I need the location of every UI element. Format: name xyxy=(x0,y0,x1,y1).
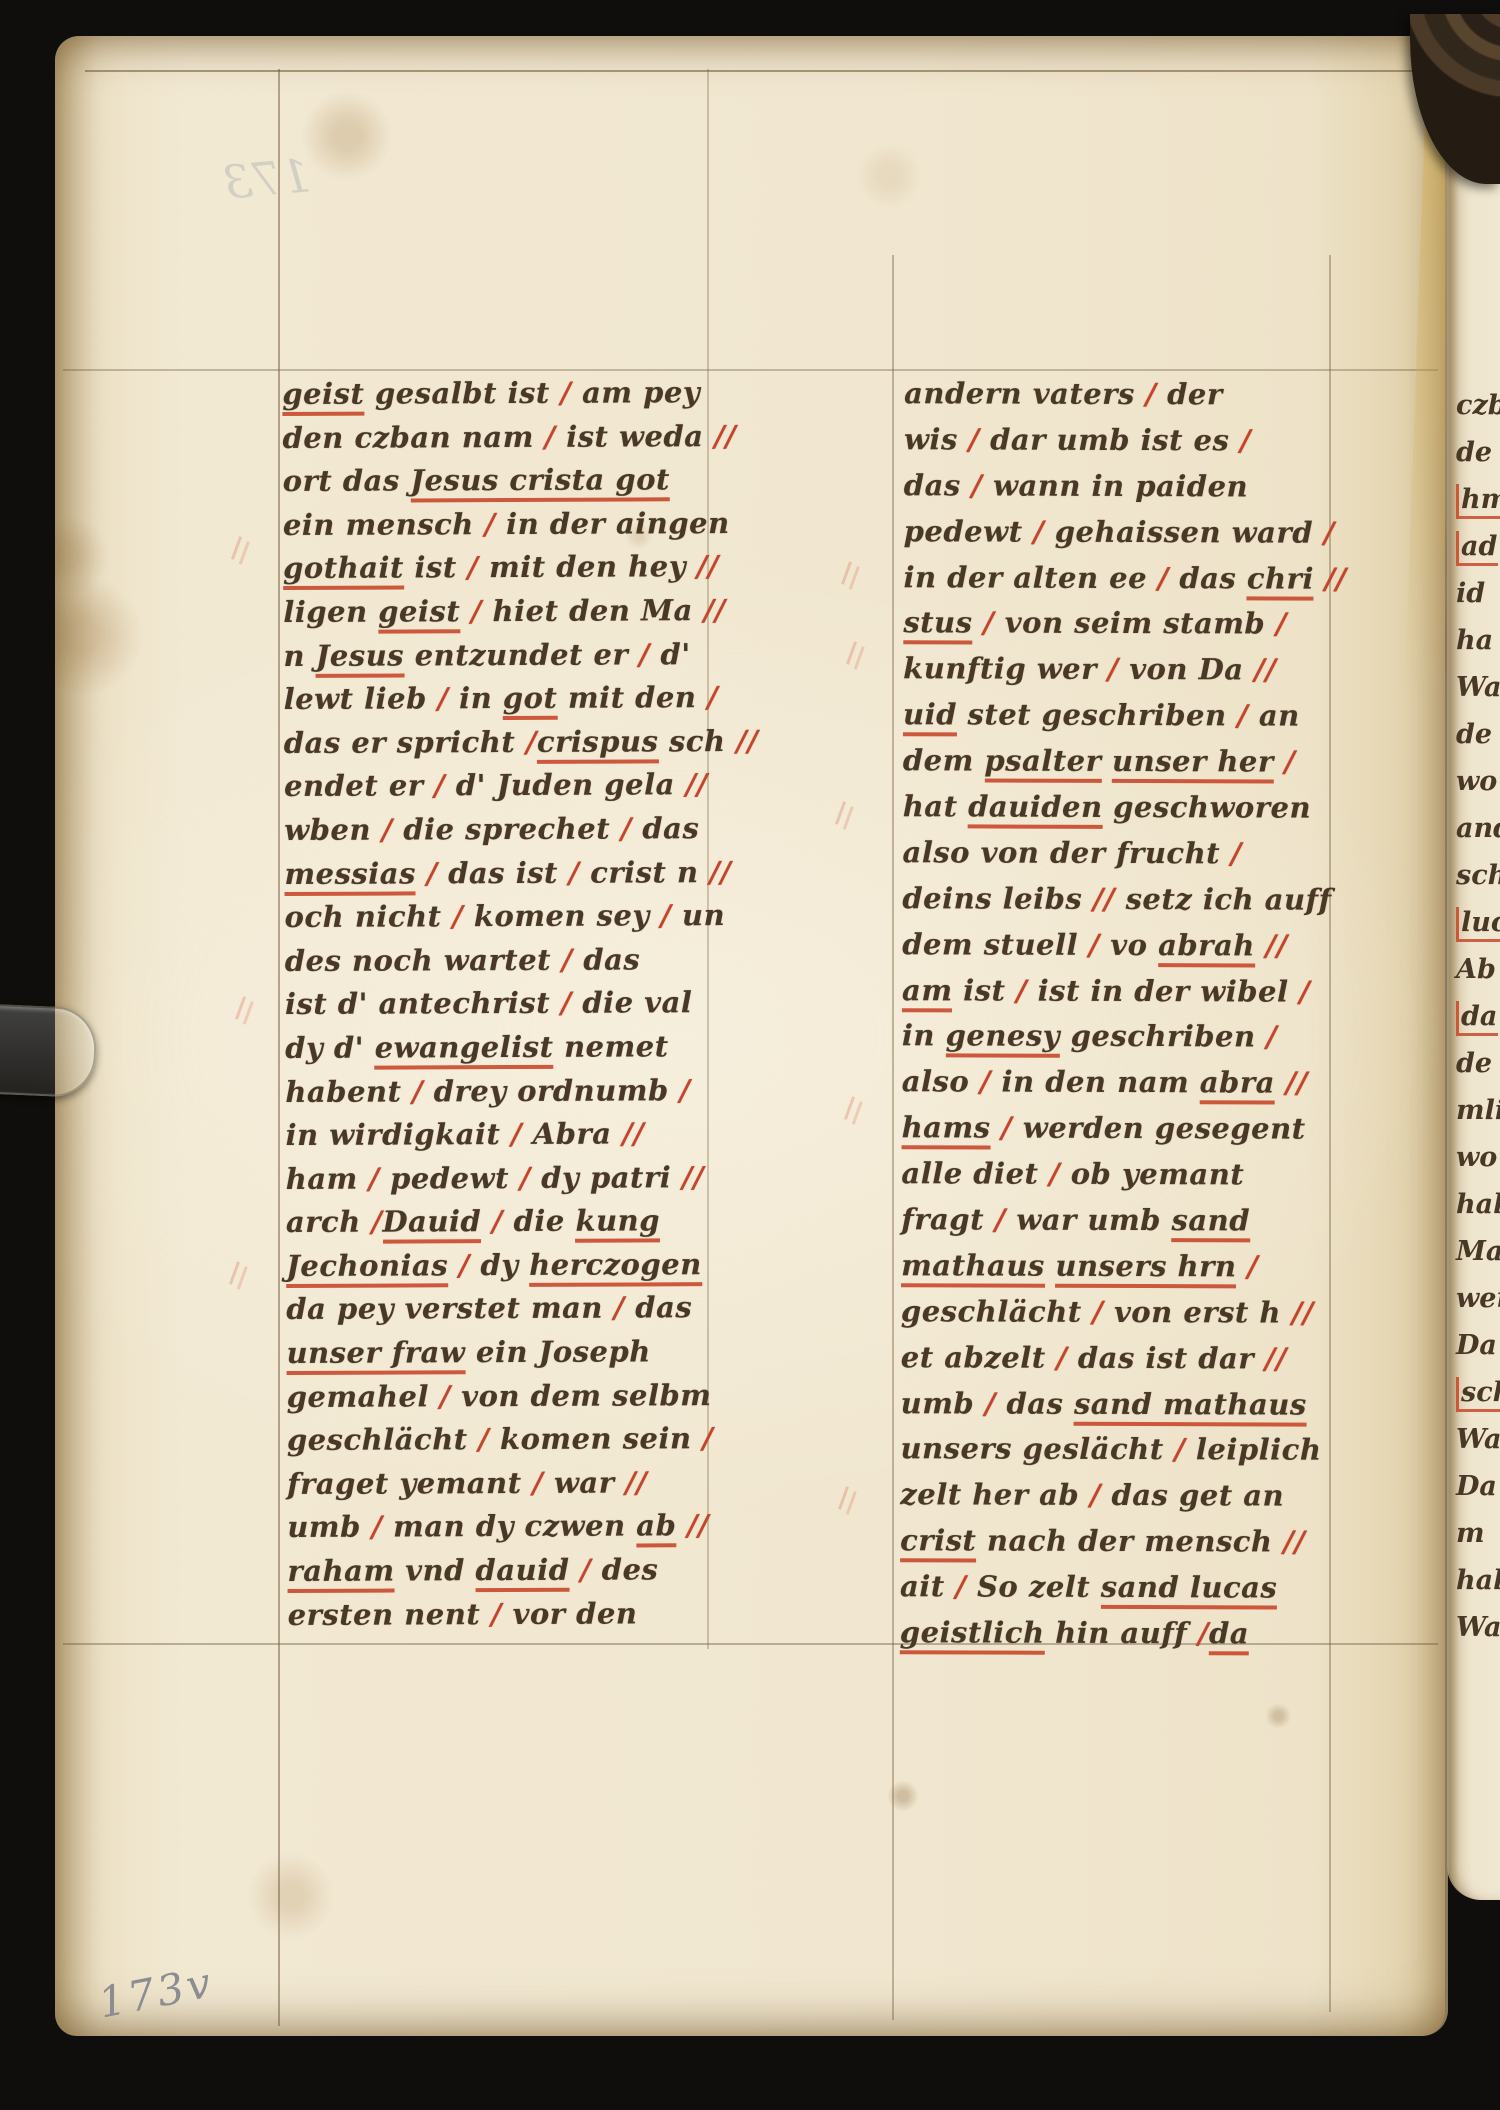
manuscript-line: hams / werden gesegent xyxy=(902,1105,1357,1152)
rubricated-text-segment: Dauid xyxy=(382,1204,481,1243)
text-segment: in wirdigkait xyxy=(285,1117,511,1152)
manuscript-line: geist gesalbt ist / am pey xyxy=(282,371,737,417)
text-segment: das get an xyxy=(1101,1478,1284,1513)
manuscript-line: fragt / war umb sand xyxy=(901,1197,1356,1244)
manuscript-line: andern vaters / der xyxy=(904,371,1359,418)
manuscript-line: geistlich hin auff /da xyxy=(900,1610,1355,1657)
text-segment: arch xyxy=(286,1205,372,1239)
text-segment: vo xyxy=(1100,928,1159,962)
text-segment: gehaissen ward xyxy=(1044,514,1324,549)
manuscript-line: ait / So zelt sand lucas xyxy=(900,1564,1355,1611)
rubric-mark: / xyxy=(371,1510,382,1544)
text-segment: zelt her ab xyxy=(900,1478,1090,1513)
text-segment: unsers geslächt xyxy=(900,1432,1174,1467)
text-segment: des xyxy=(591,1552,658,1586)
text-segment: gemahel xyxy=(287,1379,440,1414)
edge-fragment: m xyxy=(1456,1518,1485,1549)
text-segment: geschriben xyxy=(1060,1019,1266,1054)
rubric-mark: // xyxy=(703,593,725,627)
manuscript-line: ersten nent / vor den xyxy=(288,1592,743,1638)
next-folio-edge: czbdehmadidhaWadewoandschalucaAbdademliw… xyxy=(1447,55,1500,1900)
text-segment: ersten nent xyxy=(288,1597,491,1632)
rubricated-text-segment: hams xyxy=(902,1110,991,1149)
manuscript-line: Jechonias / dy herczogen xyxy=(286,1243,741,1289)
edge-fragment: wo xyxy=(1456,1142,1497,1173)
rubric-mark: / xyxy=(1016,973,1027,1007)
edge-fragment: hm xyxy=(1456,484,1500,519)
rubricated-text-segment: stus xyxy=(903,606,972,645)
rubric-mark: / xyxy=(544,419,555,453)
edge-fragment: Ab xyxy=(1456,954,1496,985)
manuscript-line: ein mensch / in der aingen xyxy=(283,502,738,548)
edge-fragment: de xyxy=(1456,719,1492,750)
edge-fragment: de xyxy=(1456,437,1492,468)
manuscript-line: dem psalter unser her / xyxy=(903,738,1358,785)
rubricated-text-segment: raham xyxy=(287,1554,394,1593)
rubric-mark: // xyxy=(622,1117,644,1151)
ruled-line-left-column-left xyxy=(278,69,280,2026)
rubric-mark: // xyxy=(697,549,719,583)
manuscript-line: gothait ist / mit den hey // xyxy=(283,545,738,591)
rubric-mark: / xyxy=(481,1204,503,1238)
rubric-mark: / xyxy=(439,1379,450,1413)
text-segment: ait xyxy=(900,1569,955,1603)
text-segment: andern vaters xyxy=(904,376,1145,411)
text-segment: habent xyxy=(285,1074,412,1109)
rubric-mark: / xyxy=(371,1205,382,1239)
rubric-mark: / xyxy=(1231,836,1242,870)
text-segment: war umb xyxy=(1006,1203,1172,1238)
text-segment: in den nam xyxy=(991,1065,1200,1100)
text-segment: von erst h xyxy=(1103,1295,1291,1330)
text-segment: die xyxy=(503,1204,576,1238)
text-segment: war xyxy=(543,1465,625,1499)
rubricated-text-segment: ewangelist xyxy=(375,1030,554,1070)
rubricated-text-segment: genesy xyxy=(946,1019,1061,1058)
rubric-mark: // xyxy=(1275,1066,1308,1100)
manuscript-line: arch /Dauid / die kung xyxy=(286,1199,741,1245)
text-segment: ein mensch xyxy=(283,507,485,542)
rubricated-text-segment: unser her xyxy=(1112,744,1274,784)
text-segment: crist n xyxy=(580,855,710,890)
rubric-mark: / xyxy=(1174,1433,1185,1467)
manuscript-line: den czban nam / ist weda // xyxy=(282,415,737,461)
manuscript-line: habent / drey ordnumb / xyxy=(285,1069,740,1115)
red-bleed-mark xyxy=(846,641,857,665)
text-segment: nach der mensch xyxy=(976,1524,1283,1559)
rubric-mark: / xyxy=(707,680,718,714)
text-segment: die sprechet xyxy=(393,811,621,846)
text-segment: das xyxy=(625,1291,693,1325)
rubricated-text-segment: abrah xyxy=(1158,928,1255,967)
text-segment: des noch wartet xyxy=(285,943,562,978)
rubric-mark: // xyxy=(1255,928,1288,962)
rubric-mark: / xyxy=(1274,745,1296,779)
rubricated-text-segment: unsers hrn xyxy=(1055,1249,1236,1289)
edge-fragment: hal xyxy=(1456,1189,1500,1220)
bleedthrough-folio-number: 173 xyxy=(221,148,313,209)
text-column-left: geist gesalbt ist / am peyden czban nam … xyxy=(282,371,743,1637)
rubric-mark: / xyxy=(560,376,571,410)
red-bleed-mark xyxy=(235,996,246,1020)
text-segment: in xyxy=(902,1019,946,1053)
text-segment: gesalbt ist xyxy=(364,376,560,411)
text-segment: also xyxy=(902,1065,980,1099)
manuscript-line: in der alten ee / das chri // xyxy=(903,555,1358,602)
text-segment: das xyxy=(632,811,700,845)
rubric-mark: / xyxy=(519,1161,530,1195)
text-segment: das ist xyxy=(437,855,568,890)
red-bleed-mark xyxy=(844,1096,855,1120)
manuscript-line: das er spricht /crispus sch // xyxy=(284,720,739,766)
rubric-mark: // xyxy=(1265,1341,1287,1375)
rubricated-text-segment: uid xyxy=(903,697,957,736)
rubricated-text-segment: Jesus crista got xyxy=(410,462,670,502)
rubric-mark: // xyxy=(714,419,736,453)
rubricated-text-segment: geist xyxy=(282,377,364,416)
manuscript-line: ham / pedewt / dy patri // xyxy=(286,1156,741,1202)
manuscript-line: wis / dar umb ist es / xyxy=(904,417,1359,464)
rubric-mark: / xyxy=(460,594,482,628)
rubricated-text-segment: Jechonias xyxy=(286,1248,448,1288)
text-segment: komen sey xyxy=(463,898,660,933)
edge-fragment: Wa xyxy=(1456,672,1500,703)
text-segment: ist xyxy=(404,551,468,585)
rubric-mark: / xyxy=(995,1203,1006,1237)
manuscript-line: crist nach der mensch // xyxy=(900,1518,1355,1565)
rubric-mark: / xyxy=(1056,1340,1067,1374)
text-segment: dy d' xyxy=(285,1031,375,1065)
red-bleed-mark xyxy=(229,1261,240,1285)
text-segment: mit den xyxy=(557,680,707,715)
manuscript-line: unser fraw ein Joseph xyxy=(286,1330,741,1376)
rubricated-text-segment: am xyxy=(902,973,953,1012)
text-segment: ist weda xyxy=(555,419,714,454)
text-segment: das xyxy=(996,1386,1074,1420)
rubric-mark: / xyxy=(484,507,495,541)
text-segment: das xyxy=(1169,561,1247,595)
text-segment: geschlächt xyxy=(901,1294,1092,1329)
edge-fragment: ad xyxy=(1456,531,1498,566)
edge-fragment: War xyxy=(1456,1612,1500,1643)
manuscript-line: unsers geslächt / leiplich xyxy=(900,1427,1355,1474)
rubric-mark: / xyxy=(1266,1020,1277,1054)
rubric-mark: / xyxy=(1089,928,1100,962)
edge-fragment: ha xyxy=(1456,625,1493,656)
rubric-mark: / xyxy=(1107,652,1118,686)
text-segment: ob yemant xyxy=(1060,1157,1244,1192)
text-segment: ligen xyxy=(283,595,378,629)
rubric-mark: / xyxy=(1145,377,1156,411)
rubricated-text-segment: ab xyxy=(636,1509,676,1548)
text-segment: un xyxy=(671,898,725,932)
text-segment: wben xyxy=(284,813,382,847)
text-segment: kunftig wer xyxy=(903,652,1107,687)
manuscript-line: also / in den nam abra // xyxy=(902,1060,1357,1107)
manuscript-line: umb / man dy czwen ab // xyxy=(287,1504,742,1550)
manuscript-line: messias / das ist / crist n // xyxy=(284,851,739,897)
rubricated-text-segment: unser fraw xyxy=(286,1335,465,1375)
text-segment: geschlächt xyxy=(287,1422,478,1457)
text-segment: fragt xyxy=(901,1202,994,1236)
rubric-mark: / xyxy=(562,942,573,976)
manuscript-line: geschlächt / komen sein / xyxy=(287,1417,742,1463)
ruled-line-right-column-left xyxy=(892,255,894,2020)
text-segment: d' xyxy=(650,637,691,671)
manuscript-line: stus / von seim stamb / xyxy=(903,601,1358,648)
rubric-mark: / xyxy=(412,1074,423,1108)
text-segment: hat xyxy=(903,789,968,823)
rubric-mark: / xyxy=(568,855,579,889)
red-bleed-mark xyxy=(231,536,242,560)
text-segment: dar umb ist es xyxy=(979,422,1240,457)
manuscript-line: wben / die sprechet / das xyxy=(284,807,739,853)
edge-fragment: Wa xyxy=(1456,1424,1500,1455)
rubric-mark: // xyxy=(682,1160,704,1194)
text-segment: lewt lieb xyxy=(284,681,438,716)
manuscript-line: in genesy geschriben / xyxy=(902,1014,1357,1061)
text-segment: an xyxy=(1248,699,1300,733)
rubric-mark: / xyxy=(467,551,478,585)
rubric-mark: / xyxy=(1049,1157,1060,1191)
manuscript-line: et abzelt / das ist dar // xyxy=(901,1335,1356,1382)
edge-fragment: Da xyxy=(1456,1330,1497,1361)
text-segment: setz ich auff xyxy=(1115,882,1332,917)
rubric-mark: / xyxy=(434,769,445,803)
text-segment: komen sein xyxy=(489,1421,702,1456)
rubric-mark: / xyxy=(621,811,632,845)
text-segment: endet er xyxy=(284,769,434,804)
text-segment: pedewt xyxy=(379,1161,519,1196)
rubric-mark: / xyxy=(1276,607,1287,641)
rubric-mark: // xyxy=(676,1509,709,1543)
text-segment: also von der frucht xyxy=(903,835,1231,870)
edge-fragment: hal xyxy=(1456,1565,1500,1596)
edge-fragment: luca xyxy=(1456,907,1500,942)
text-segment xyxy=(1045,1249,1056,1283)
edge-fragment: id xyxy=(1456,578,1485,609)
manuscript-line: lewt lieb / in got mit den / xyxy=(284,676,739,722)
text-column-right: andern vaters / derwis / dar umb ist es … xyxy=(900,371,1359,1658)
text-segment: n xyxy=(283,638,315,672)
rubric-mark: // xyxy=(1292,1295,1314,1329)
rubric-mark: // xyxy=(1093,882,1115,916)
text-segment xyxy=(1101,744,1112,778)
manuscript-line: das / wann in paiden xyxy=(904,463,1359,510)
text-segment: ein Joseph xyxy=(465,1334,651,1369)
text-segment: ist in der wibel xyxy=(1027,973,1299,1008)
manuscript-line: endet er / d' Juden gela // xyxy=(284,763,739,809)
rubric-mark: / xyxy=(1240,423,1251,457)
rubricated-text-segment: chri xyxy=(1247,561,1314,600)
text-segment: von seim stamb xyxy=(994,606,1276,641)
text-segment: in der aingen xyxy=(495,506,729,541)
rubric-mark: / xyxy=(1299,974,1310,1008)
edge-fragment: Da xyxy=(1456,1471,1497,1502)
text-segment: Abra xyxy=(522,1117,622,1151)
rubricated-text-segment: dauiden xyxy=(968,789,1103,828)
text-segment: wann in paiden xyxy=(982,468,1248,503)
rubric-mark: / xyxy=(478,1422,489,1456)
rubric-mark: / xyxy=(1090,1478,1101,1512)
text-segment: sch xyxy=(658,724,736,758)
rubric-mark: // xyxy=(1283,1525,1305,1559)
text-segment: leiplich xyxy=(1185,1433,1321,1467)
edge-fragment: wo xyxy=(1456,766,1497,797)
rubricated-text-segment: geistlich xyxy=(900,1615,1045,1655)
manuscript-line: also von der frucht / xyxy=(902,830,1357,877)
rubric-mark: / xyxy=(968,422,979,456)
rubricated-text-segment: crist xyxy=(900,1523,976,1562)
text-segment: et abzelt xyxy=(901,1340,1057,1375)
text-segment: d' Juden gela xyxy=(445,768,685,803)
manuscript-line: geschlächt / von erst h // xyxy=(901,1289,1356,1336)
rubric-mark: // xyxy=(709,855,731,889)
text-segment: da pey verstet man xyxy=(286,1291,613,1326)
rubric-mark: / xyxy=(382,812,393,846)
rubric-mark: / xyxy=(1033,514,1044,548)
text-segment: das xyxy=(573,942,641,976)
rubric-mark: / xyxy=(702,1421,713,1455)
text-segment: vnd xyxy=(395,1553,476,1587)
rubricated-text-segment: got xyxy=(503,681,558,720)
manuscript-line: da pey verstet man / das xyxy=(286,1286,741,1332)
edge-fragment: and xyxy=(1456,813,1500,844)
rubricated-text-segment: geist xyxy=(378,594,460,633)
text-segment: pedewt xyxy=(904,514,1034,548)
text-segment: dy patri xyxy=(531,1160,682,1195)
red-bleed-mark xyxy=(835,801,846,825)
text-segment: ist d' antechrist xyxy=(285,986,561,1021)
text-segment: dy xyxy=(470,1248,529,1282)
manuscript-line: fraget yemant / war // xyxy=(287,1461,742,1507)
rubric-mark: / xyxy=(368,1161,379,1195)
manuscript-line: gemahel / von dem selbm xyxy=(287,1374,742,1420)
manuscript-line: alle diet / ob yemant xyxy=(901,1151,1356,1198)
text-segment: nemet xyxy=(553,1029,668,1064)
manuscript-line: ligen geist / hiet den Ma // xyxy=(283,589,738,635)
rubricated-text-segment: herczogen xyxy=(529,1247,702,1287)
rubric-mark: / xyxy=(980,1065,991,1099)
text-segment: vor den xyxy=(502,1596,638,1631)
rubric-mark: / xyxy=(448,1248,470,1282)
rubricated-text-segment: psalter xyxy=(984,744,1101,783)
rubric-mark: / xyxy=(614,1291,625,1325)
rubricated-text-segment: abra xyxy=(1200,1066,1275,1105)
manuscript-line: n Jesus entzundet er / d' xyxy=(283,633,738,679)
rubric-mark: / xyxy=(955,1570,966,1604)
rubric-mark: // xyxy=(1314,561,1347,595)
text-segment: von dem selbm xyxy=(451,1378,712,1413)
rubric-mark: // xyxy=(685,767,707,801)
rubric-mark: / xyxy=(990,1111,1012,1145)
text-segment: ort das xyxy=(283,464,411,499)
red-bleed-mark xyxy=(841,561,852,585)
text-segment: mit den hey xyxy=(478,550,696,585)
text-segment: in xyxy=(448,681,502,715)
rubricated-text-segment: sand mathaus xyxy=(1074,1386,1307,1426)
rubricated-text-segment: dauid xyxy=(475,1553,569,1592)
rubric-mark: / xyxy=(660,898,671,932)
rubric-mark: / xyxy=(437,681,448,715)
text-segment: umb xyxy=(901,1386,985,1420)
edge-fragment: czb xyxy=(1456,390,1500,421)
text-segment: das xyxy=(904,468,972,502)
rubric-mark: / xyxy=(569,1553,591,1587)
text-segment: dem xyxy=(903,743,985,777)
manuscript-line: ist d' antechrist / die val xyxy=(285,981,740,1027)
text-segment: alle diet xyxy=(901,1156,1049,1191)
rubric-mark: / xyxy=(639,637,650,671)
manuscript-line: mathaus unsers hrn / xyxy=(901,1243,1356,1290)
rubric-mark: / xyxy=(532,1466,543,1500)
rubric-mark: / xyxy=(416,856,438,890)
rubric-mark: / xyxy=(526,725,537,759)
rubricated-text-segment: messias xyxy=(284,856,416,896)
manuscript-line: am ist / ist in der wibel / xyxy=(902,968,1357,1015)
rubric-mark: / xyxy=(1158,561,1169,595)
rubric-mark: / xyxy=(1324,515,1335,549)
text-segment: deins leibs xyxy=(902,881,1093,916)
manuscript-line: uid stet geschriben / an xyxy=(903,692,1358,739)
rubric-mark: / xyxy=(971,468,982,502)
red-bleed-mark xyxy=(838,1486,849,1510)
text-segment: So zelt xyxy=(966,1570,1101,1604)
text-segment: och nicht xyxy=(285,899,453,934)
rubric-mark: / xyxy=(679,1073,690,1107)
manuscript-line: dy d' ewangelist nemet xyxy=(285,1025,740,1071)
text-segment: geschworen xyxy=(1103,790,1312,825)
text-segment: hin auff xyxy=(1045,1616,1198,1651)
text-segment: hiet den Ma xyxy=(482,593,704,628)
rubric-mark: / xyxy=(1236,1249,1258,1283)
rubricated-text-segment: mathaus xyxy=(901,1248,1045,1288)
manuscript-line: ort das Jesus crista got xyxy=(283,458,738,504)
text-segment: in der alten ee xyxy=(903,560,1157,595)
rubric-mark: / xyxy=(1092,1295,1103,1329)
rubricated-text-segment: Jesus xyxy=(316,638,405,677)
rubric-mark: // xyxy=(1254,653,1276,687)
manuscript-line: zelt her ab / das get an xyxy=(900,1473,1355,1520)
text-segment: man dy czwen xyxy=(382,1509,636,1544)
text-segment: stet geschriben xyxy=(957,698,1237,733)
manuscript-line: hat dauiden geschworen xyxy=(903,784,1358,831)
text-segment: am pey xyxy=(571,375,700,410)
edge-fragment: de xyxy=(1456,1048,1492,1079)
edge-fragment: da xyxy=(1456,1001,1498,1036)
rubricated-text-segment: da xyxy=(1209,1616,1249,1655)
edge-fragment: wer xyxy=(1456,1283,1500,1314)
manuscript-line: kunftig wer / von Da // xyxy=(903,647,1358,694)
text-segment: die val xyxy=(572,986,693,1021)
text-segment: das er spricht xyxy=(284,725,526,760)
manuscript-line: in wirdigkait / Abra // xyxy=(285,1112,740,1158)
manuscript-line: pedewt / gehaissen ward / xyxy=(904,509,1359,556)
text-segment: wis xyxy=(904,422,969,456)
text-segment: der xyxy=(1156,377,1222,411)
rubricated-text-segment: gothait xyxy=(283,551,404,591)
edge-fragment: mli xyxy=(1456,1095,1500,1126)
rubricated-text-segment: sand xyxy=(1172,1203,1251,1242)
text-segment: ham xyxy=(286,1161,369,1195)
manuscript-line: deins leibs // setz ich auff xyxy=(902,876,1357,923)
text-segment: werden gesegent xyxy=(1012,1111,1306,1146)
rubric-mark: / xyxy=(985,1386,996,1420)
rubric-mark: // xyxy=(625,1465,647,1499)
manuscript-line: dem stuell / vo abrah // xyxy=(902,922,1357,969)
rubric-mark: / xyxy=(491,1597,502,1631)
ruled-line-top-margin xyxy=(85,70,1440,72)
